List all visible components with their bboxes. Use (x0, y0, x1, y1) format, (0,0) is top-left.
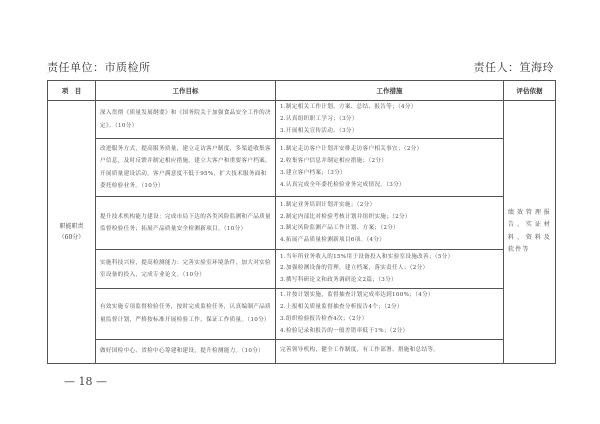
measure-item: 4.检验记录和报告的一般差错率低于1%；（2分） (280, 326, 499, 338)
measure-item: 1.制定走访客户计划并安排走访客户相关事宜；（2分） (280, 144, 499, 156)
measure-item: 2.上报相关质量监督抽查分析报告4个；（2分） (280, 302, 499, 314)
measures-cell: 完善领导机构，健全工作制度，有工作部署、措施和总结等。 (276, 339, 504, 363)
measure-item: 2.收集客户信息并制定相应措施；（2分） (280, 156, 499, 168)
item-cell: 职能职责 （60分） (48, 101, 96, 364)
measure-item: 3.组织检验报告检查4次；（2分） (280, 314, 499, 326)
measure-item: 1.并按计划实施，监督抽查计划完成率达到100%；（4分） (280, 290, 499, 302)
page-number: — 18 — (64, 375, 107, 388)
table-row: 职能职责 （60分） 深入贯彻《质量发展纲要》和《国务院关于加强食品安全工作的决… (48, 101, 556, 139)
measure-item: 3.开展相关宣传活动。（3分） (280, 126, 499, 138)
measures-cell: 1.制定业务培训计划并实施；（2分） 2.制定内部比对检验考核计划并组织实施；（… (276, 197, 504, 250)
measures-cell: 1.制定相关工作计划、方案、总结、报告等；（4分） 2.认真组织职工学习；（3分… (276, 101, 504, 139)
table-row: 提升技术机构能力建设：完成市局下达的各类风险监测和产品质量监督检验任务；拓展产品… (48, 197, 556, 250)
goal-cell: 做好国检中心、省检中心筹建和建设，提升检测能力。（10分） (96, 339, 276, 363)
measure-item: 4.认真完成全年委托检验业务完成情况。（3分） (280, 180, 499, 192)
measure-item: 2.制定内部比对检验考核计划并组织实施；（2分） (280, 212, 499, 224)
responsible-unit: 责任单位：市质检所 (47, 59, 151, 75)
measures-cell: 1.当年所业务收入的15%用于设备投入和实验室设施改善；（5分） 2.加强检测设… (276, 250, 504, 289)
goal-cell: 改进服务方式，提高服务质量，建立走访客户制度，多渠道收集客户信息，及时反馈并制定… (96, 139, 276, 197)
goal-cell: 深入贯彻《质量发展纲要》和《国务院关于加强食品安全工作的决定》。（10分） (96, 101, 276, 139)
measure-item: 3.建立客户档案；（3分） (280, 168, 499, 180)
column-header-basis: 评估依据 (504, 81, 556, 101)
measure-item: 4.拓展产品质量检测新项目6项。（4分） (280, 235, 499, 247)
measure-item: 3.撰写科研论文和政务调研论文2篇；（3分） (280, 275, 499, 287)
column-header-goal: 工作目标 (96, 81, 276, 101)
item-name: 职能职责 (48, 221, 95, 232)
measure-item: 完善领导机构，健全工作制度，有工作部署、措施和总结等。 (280, 345, 499, 357)
goal-cell: 有效实施专项监督检验任务，按时完成监检任务，认真编制产品质量监督计划，严格按标准… (96, 289, 276, 339)
table-row: 做好国检中心、省检中心筹建和建设，提升检测能力。（10分） 完善领导机构，健全工… (48, 339, 556, 363)
table-row: 实施科技兴检，提高检测能力：完善实验室环境条件，加大对实验室设备的投入，完成专业… (48, 250, 556, 289)
measure-item: 2.加强检测设备的管理，建立档案，落实责任人；（2分） (280, 263, 499, 275)
measures-cell: 1.并按计划实施，监督抽查计划完成率达到100%；（4分） 2.上报相关质量监督… (276, 289, 504, 339)
measure-item: 1.制定相关工作计划、方案、总结、报告等；（4分） (280, 102, 499, 114)
measure-item: 1.当年所业务收入的15%用于设备投入和实验室设施改善；（5分） (280, 252, 499, 264)
column-header-measures: 工作措施 (276, 81, 504, 101)
goal-cell: 提升技术机构能力建设：完成市局下达的各类风险监测和产品质量监督检验任务；拓展产品… (96, 197, 276, 250)
measure-item: 3.制定风险监测产品工作计划、方案；（2分） (280, 223, 499, 235)
measure-item: 1.制定业务培训计划并实施；（2分） (280, 200, 499, 212)
measures-cell: 1.制定走访客户计划并安排走访客户相关事宜；（2分） 2.收集客户信息并制定相应… (276, 139, 504, 197)
item-score: （60分） (48, 232, 95, 243)
responsible-person: 责任人：笪海玲 (474, 59, 555, 75)
table-row: 改进服务方式，提高服务质量，建立走访客户制度，多渠道收集客户信息，及时反馈并制定… (48, 139, 556, 197)
measure-item: 2.认真组织职工学习；（3分） (280, 114, 499, 126)
basis-cell: 绩效管理报告、实证材料、资料及软件等 (504, 101, 556, 364)
table-row: 有效实施专项监督检验任务，按时完成监检任务，认真编制产品质量监督计划，严格按标准… (48, 289, 556, 339)
responsibility-table: 项 目 工作目标 工作措施 评估依据 职能职责 （60分） 深入贯彻《质量发展纲… (47, 80, 556, 364)
column-header-item: 项 目 (48, 81, 96, 101)
table-header-row: 项 目 工作目标 工作措施 评估依据 (48, 81, 556, 101)
goal-cell: 实施科技兴检，提高检测能力：完善实验室环境条件，加大对实验室设备的投入，完成专业… (96, 250, 276, 289)
